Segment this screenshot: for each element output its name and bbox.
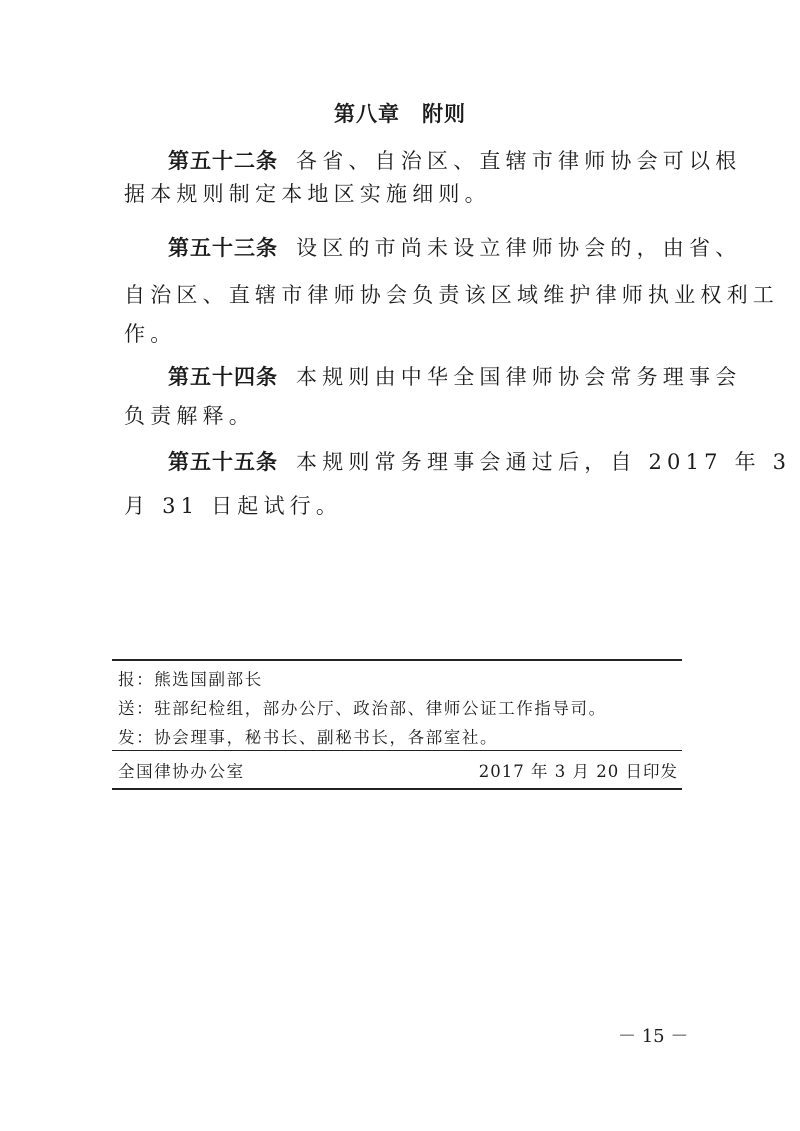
issue-line: 发：协会理事，秘书长、副秘书长，各部室社。 [118, 724, 498, 748]
issue-date: 2017 年 3 月 20 日印发 [479, 758, 678, 782]
issuer: 全国律协办公室 [118, 758, 245, 782]
report-line: 报：熊选国副部长 [118, 666, 263, 690]
article-55-line-2: 月 31 日起试行。 [124, 490, 342, 520]
article-53-line-2: 自治区、直辖市律师协会负责该区域维护律师执业权利工 [124, 279, 779, 309]
article-55-number: 第五十五条 [168, 450, 278, 474]
article-54-line-1: 第五十四条本规则由中华全国律师协会常务理事会 [168, 361, 741, 391]
article-53-number: 第五十三条 [168, 236, 278, 260]
article-54-line-2: 负责解释。 [124, 400, 255, 430]
chapter-title: 第八章 附则 [0, 98, 800, 128]
article-52-number: 第五十二条 [168, 149, 278, 173]
send-line: 送：驻部纪检组，部办公厅、政治部、律师公证工作指导司。 [118, 695, 607, 719]
top-rule [112, 659, 682, 661]
middle-rule [112, 750, 682, 751]
article-54-number: 第五十四条 [168, 365, 278, 389]
article-53-line-1: 第五十三条设区的市尚未设立律师协会的，由省、 [168, 232, 741, 262]
article-52-line-1: 第五十二条各省、自治区、直辖市律师协会可以根 [168, 145, 741, 175]
page-number: － 15 － [618, 1022, 688, 1048]
bottom-rule [112, 788, 682, 790]
article-55-line-1: 第五十五条本规则常务理事会通过后，自 2017 年 3 [168, 446, 791, 476]
article-52-line-2: 据本规则制定本地区实施细则。 [124, 178, 491, 208]
article-53-line-3: 作。 [124, 318, 176, 348]
